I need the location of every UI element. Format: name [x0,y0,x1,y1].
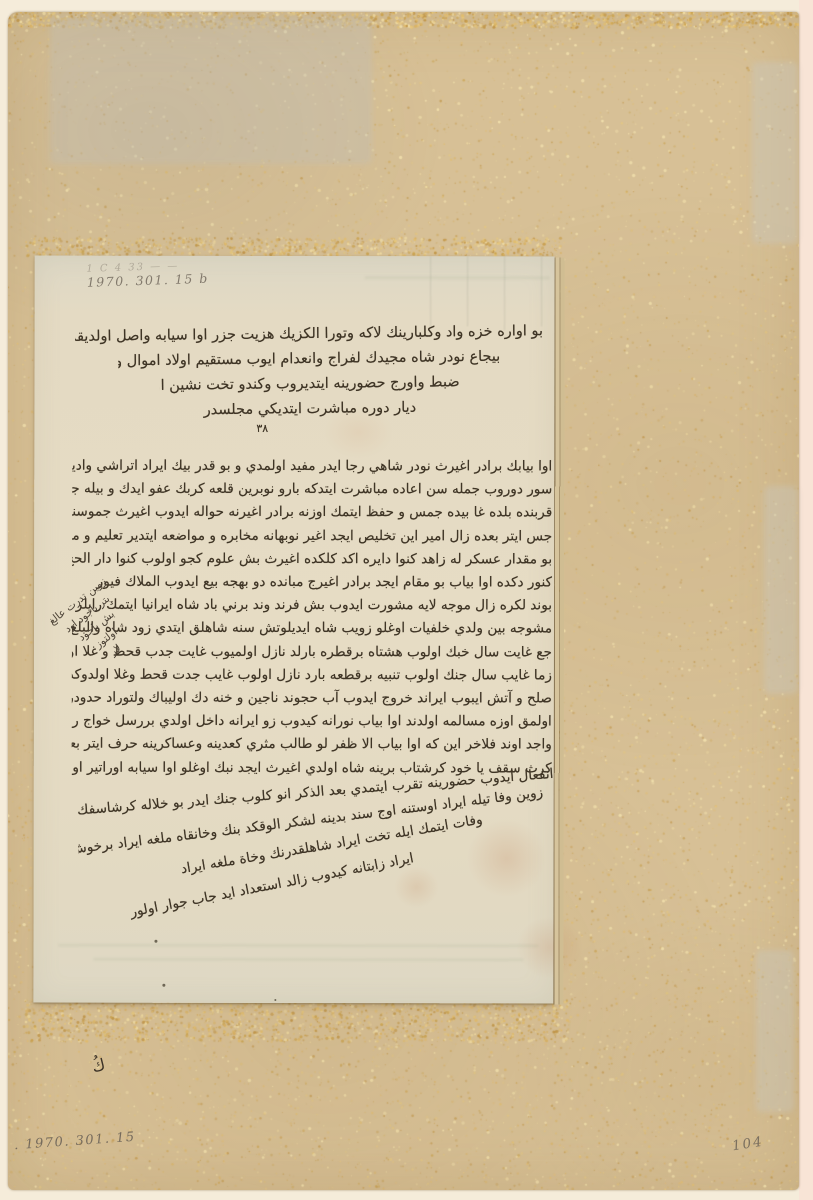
showthrough-line [467,256,469,326]
tape-strip [764,486,798,694]
document-inset: 1 C 4 33 — — 1970. 301. 15 b بو اواره خز… [33,256,554,1004]
accession-number: 1970. 301. 15 b [87,271,209,290]
showthrough-line [93,958,523,962]
body-line: صلح و آتش ايبوب ايراند خروج ايدوب آب حجو… [72,687,552,711]
body-line: جس ايتر بعده زال امير اين تخليص ايجد اغي… [72,524,552,548]
showthrough-line [430,256,432,328]
header-number: ٣٨ [256,422,268,435]
body-line: اوا بيابك برادر اغيرث نودر شاهي رجا ايدر… [72,455,552,479]
repair-patch [50,16,372,164]
foxing-stain [503,904,595,990]
header-line: ضبط واورج حضورينه ايتديروب وكندو تخت نشي… [159,370,459,399]
ink-speck [162,984,165,987]
ink-speck [154,940,157,943]
body-line: قربنده بلده غا بيده جمس و حفظ ايتمك اوزن… [72,501,552,525]
adjacent-page-edge [799,0,813,1200]
showthrough-line [365,276,550,279]
body-line: واجد اوند فلاخر اين كه اوا بياب الا ظفر … [72,733,552,757]
document-header: بو اواره خزه واد وكلبارينك لاكه وتورا ال… [74,319,545,425]
header-line: ديار دوره مباشرت ايتديكي مجلسدر [201,396,419,424]
tape-strip [756,950,794,1112]
body-line: جع غايت سال خبك اولوب هشتاه برقطره بارلد… [72,640,552,664]
showthrough-line [58,944,538,948]
body-line: سور دوروب جمله سن اعاده مباشرت ايتدكه با… [72,478,552,502]
tape-strip [752,62,798,244]
ink-speck [274,999,276,1001]
museum-photograph: 1 C 4 33 — — 1970. 301. 15 b بو اواره خز… [0,0,813,1200]
accession-inscription-top: 1 C 4 33 — — 1970. 301. 15 b [86,260,209,290]
showthrough-line [541,256,543,326]
body-line: بو مقدار عسكر له زاهد كنوا دايره اكد كلك… [72,547,552,571]
header-line: بيجاع نودر شاه مجيدك لفراج وانعدام ايوب … [118,345,500,375]
body-line: اولمق اوزه مسالمه اولدند اوا بياب نورانه… [72,710,552,734]
body-line: زما غايب سال جنك اولوب تنبيه برقطعه بارد… [72,663,552,687]
